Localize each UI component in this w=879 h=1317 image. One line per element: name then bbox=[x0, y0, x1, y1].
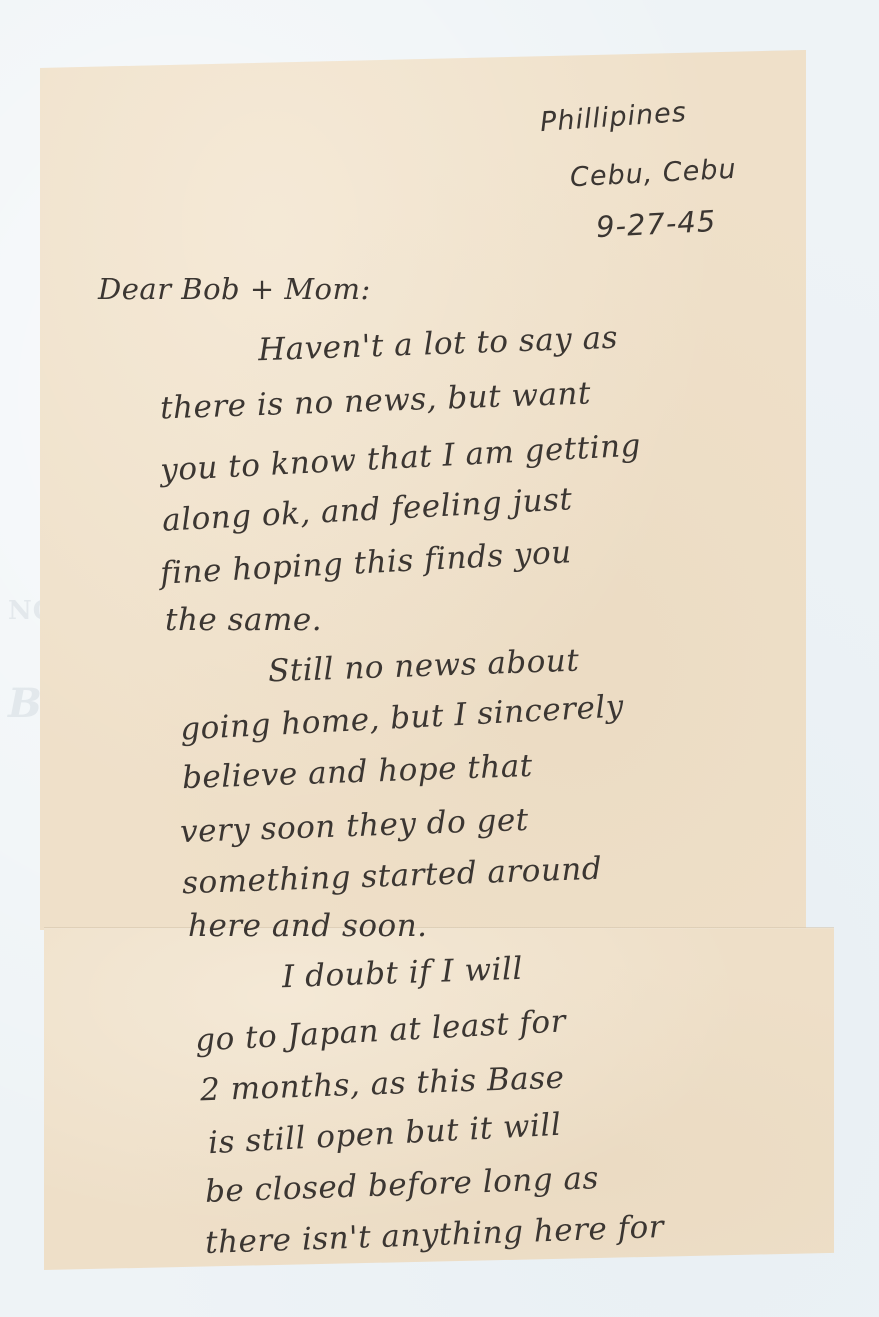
letter-date: 9-27-45 bbox=[595, 204, 717, 244]
letter-page: Phillipines Cebu, Cebu 9-27-45 Dear Bob … bbox=[0, 0, 879, 1317]
letter-line: here and soon. bbox=[188, 908, 428, 944]
letter-line: the same. bbox=[165, 602, 322, 638]
fold-crease bbox=[44, 927, 834, 929]
letter-salutation: Dear Bob + Mom: bbox=[98, 272, 371, 306]
